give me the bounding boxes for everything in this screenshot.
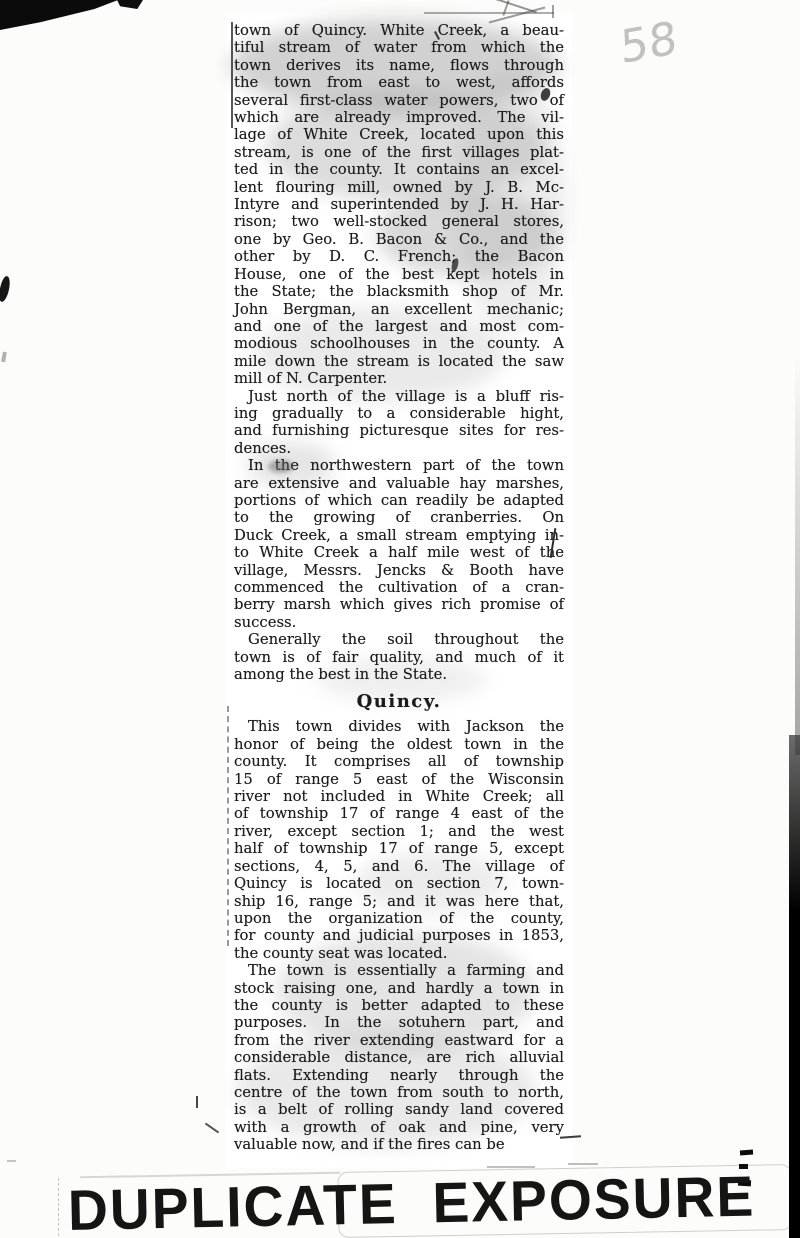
article-paragraph: Just north of the village is a bluff ris…	[234, 388, 564, 458]
article-line: The town is essentially a farming and	[234, 962, 564, 979]
article-paragraph: Generally the soil throughout thetown is…	[234, 631, 564, 683]
article-paragraph: The town is essentially a farming andsto…	[234, 962, 564, 1153]
scanner-edge-strip	[795, 355, 800, 755]
article-line: among the best in the State.	[234, 666, 564, 683]
article-line: lage of White Creek, located upon this	[234, 126, 564, 143]
article-line: mill of N. Carpenter.	[234, 370, 564, 387]
section-heading: Quincy.	[234, 691, 564, 713]
newspaper-clipping: town of Quincy. White Creek, a beau-tifu…	[226, 12, 572, 1168]
article-line: from the river extending eastward for a	[234, 1032, 564, 1049]
article-line: centre of the town from south to north,	[234, 1084, 564, 1101]
article-line: with a growth of oak and pine, very	[234, 1119, 564, 1136]
article-line: town derives its name, flows through	[234, 57, 564, 74]
article-paragraph: This town divides with Jackson thehonor …	[234, 718, 564, 962]
article-line: to White Creek a half mile west of the	[234, 544, 564, 561]
stamp-edge-line	[58, 1178, 59, 1236]
scan-edge-artifact	[117, 0, 143, 9]
article-line: and furnishing picturesque sites for res…	[234, 422, 564, 439]
pencil-stroke	[205, 1123, 219, 1134]
column-rule-fragment	[231, 22, 233, 128]
article-line: Intyre and superintended by J. H. Har-	[234, 196, 564, 213]
scan-edge-artifact	[1, 352, 7, 363]
column-rule-fragment	[227, 706, 229, 946]
scan-edge-artifact	[0, 275, 12, 302]
article-line: ted in the county. It contains an excel-	[234, 161, 564, 178]
handwritten-page-number: 58	[619, 11, 678, 74]
article-line: honor of being the oldest town in the	[234, 736, 564, 753]
article-line: stream, is one of the first villages pla…	[234, 144, 564, 161]
article-line: House, one of the best kept hotels in	[234, 266, 564, 283]
article-line: the State; the blacksmith shop of Mr.	[234, 283, 564, 300]
article-line: river, except section 1; and the west	[234, 823, 564, 840]
article-line: valuable now, and if the fires can be	[234, 1136, 564, 1153]
article-line: the town from east to west, affords	[234, 74, 564, 91]
article-line: considerable distance, are rich alluvial	[234, 1049, 564, 1066]
article-line: the county seat was located.	[234, 945, 564, 962]
article-line: mile down the stream is located the saw	[234, 353, 564, 370]
article-line: stock raising one, and hardly a town in	[234, 980, 564, 997]
article-line: modious schoolhouses in the county. A	[234, 335, 564, 352]
article-line: Quincy is located on section 7, town-	[234, 875, 564, 892]
article-line: village, Messrs. Jencks & Booth have	[234, 562, 564, 579]
torn-edge-line	[552, 5, 554, 18]
article-line: ing gradually to a considerable hight,	[234, 405, 564, 422]
article-paragraph: In the northwestern part of the townare …	[234, 457, 564, 631]
article-line: sections, 4, 5, and 6. The village of	[234, 858, 564, 875]
article-line: which are already improved. The vil-	[234, 109, 564, 126]
article-line: and one of the largest and most com-	[234, 318, 564, 335]
article-line: success.	[234, 614, 564, 631]
scan-corner-artifact	[0, 0, 118, 30]
article-line: half of township 17 of range 5, except	[234, 840, 564, 857]
article-line: This town divides with Jackson the	[234, 718, 564, 735]
article-line: Duck Creek, a small stream emptying in-	[234, 527, 564, 544]
article-line: town of Quincy. White Creek, a beau-	[234, 22, 564, 39]
article-line: berry marsh which gives rich promise of	[234, 596, 564, 613]
article-line: to the growing of cranberries. On	[234, 509, 564, 526]
article-line: river not included in White Creek; all	[234, 788, 564, 805]
pencil-dash	[7, 1160, 16, 1162]
article-line: commenced the cultivation of a cran-	[234, 579, 564, 596]
article-line: of township 17 of range 4 east of the	[234, 805, 564, 822]
article-line: purposes. In the sotuhern part, and	[234, 1014, 564, 1031]
pencil-tick	[196, 1096, 198, 1108]
scan-edge-artifact	[740, 1150, 753, 1156]
article-line: are extensive and valuable hay marshes,	[234, 475, 564, 492]
article-line: dences.	[234, 440, 564, 457]
ink-smudge	[268, 460, 294, 473]
article-line: several first-class water powers, two of	[234, 92, 564, 109]
article-line: county. It comprises all of township	[234, 753, 564, 770]
article-line: the county is better adapted to these	[234, 997, 564, 1014]
article-line: flats. Extending nearly through the	[234, 1067, 564, 1084]
article-line: one by Geo. B. Bacon & Co., and the	[234, 231, 564, 248]
article-line: ship 16, range 5; and it was here that,	[234, 893, 564, 910]
article-column: town of Quincy. White Creek, a beau-tifu…	[234, 22, 564, 1154]
article-paragraph: town of Quincy. White Creek, a beau-tifu…	[234, 22, 564, 388]
article-line: other by D. C. French; the Bacon	[234, 248, 564, 265]
article-line: for county and judicial purposes in 1853…	[234, 927, 564, 944]
article-line: John Bergman, an excellent mechanic;	[234, 301, 564, 318]
article-line: Generally the soil throughout the	[234, 631, 564, 648]
article-line: Just north of the village is a bluff ris…	[234, 388, 564, 405]
article-line: 15 of range 5 east of the Wisconsin	[234, 771, 564, 788]
article-line: rison; two well-stocked general stores,	[234, 213, 564, 230]
article-line: lent flouring mill, owned by J. B. Mc-	[234, 179, 564, 196]
article-line: town is of fair quality, and much of it	[234, 649, 564, 666]
stamp-edge-line	[487, 1166, 535, 1168]
article-line: tiful stream of water from which the	[234, 39, 564, 56]
article-line: upon the organization of the county,	[234, 910, 564, 927]
stamp-edge-line	[568, 1163, 598, 1165]
article-line: portions of which can readily be adapted	[234, 492, 564, 509]
article-line: is a belt of rolling sandy land covered	[234, 1101, 564, 1118]
torn-edge-line	[424, 12, 554, 14]
scanner-edge-strip	[789, 735, 800, 1238]
